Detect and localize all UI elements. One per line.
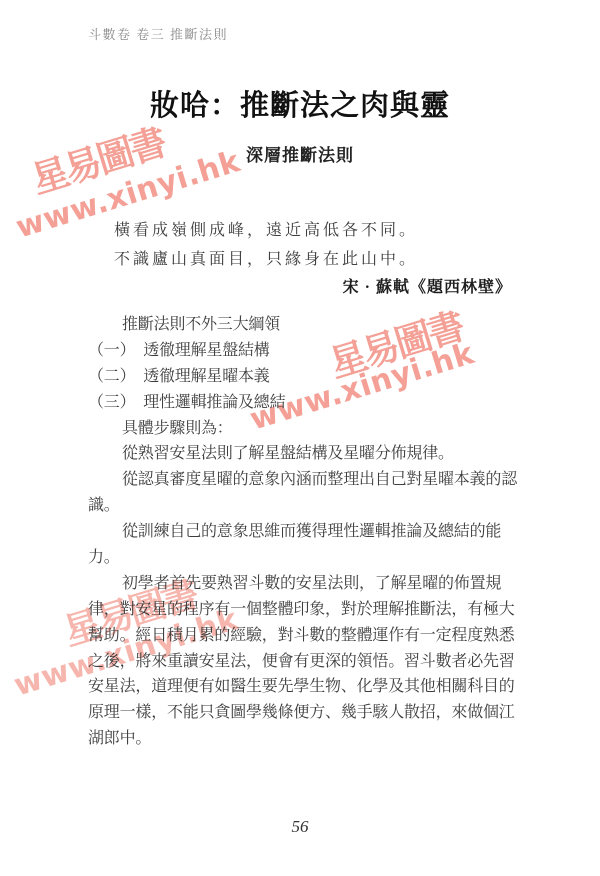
body-line: 識。 [88, 493, 518, 519]
body-line: （一） 透徹理解星盤結構 [88, 338, 518, 364]
body-text: 推斷法則不外三大綱領（一） 透徹理解星盤結構（二） 透徹理解星曜本義（三） 理性… [88, 312, 518, 752]
body-line: 律，對安星的程序有一個整體印象，對於理解推斷法，有極大 [88, 597, 518, 623]
page-number: 56 [0, 817, 600, 837]
body-line: 從訓練自己的意象思維而獲得理性邏輯推論及總結的能 [88, 519, 518, 545]
body-line: 力。 [88, 545, 518, 571]
poem-quote: 橫看成嶺側成峰，遠近高低各不同。 不識廬山真面目，只緣身在此山中。 [114, 216, 418, 274]
poem-attribution: 宋 · 蘇軾《題西林壁》 [0, 274, 512, 297]
body-line: 推斷法則不外三大綱領 [88, 312, 518, 338]
body-line: 原理一樣，不能只貪圖學幾條便方、幾手駭人散招，來做個江 [88, 700, 518, 726]
body-line: （三） 理性邏輯推論及總結 [88, 390, 518, 416]
body-line: （二） 透徹理解星曜本義 [88, 364, 518, 390]
book-page: 星易圖書 www.xinyi.hk 星易圖書 www.xinyi.hk 星易圖書… [0, 0, 600, 876]
body-line: 安星法，道理便有如醫生要先學生物、化學及其他相關科目的 [88, 674, 518, 700]
chapter-subtitle: 深層推斷法則 [0, 141, 600, 166]
chapter-title: 妝哈：推斷法之肉與靈 [0, 83, 600, 124]
poem-line: 橫看成嶺側成峰，遠近高低各不同。 [114, 216, 418, 245]
body-line: 初學者首先要熟習斗數的安星法則，了解星曜的佈置規 [88, 571, 518, 597]
body-line: 湖郎中。 [88, 726, 518, 752]
poem-line: 不識廬山真面目，只緣身在此山中。 [114, 245, 418, 274]
body-line: 之後，將來重讀安星法，便會有更深的領悟。習斗數者必先習 [88, 649, 518, 675]
body-line: 幫助。經日積月累的經驗，對斗數的整體運作有一定程度熟悉 [88, 623, 518, 649]
body-line: 具體步驟則為： [88, 416, 518, 442]
body-line: 從認真審度星曜的意象內涵而整理出自己對星曜本義的認 [88, 467, 518, 493]
body-line: 從熟習安星法則了解星盤結構及星曜分佈規律。 [88, 441, 518, 467]
running-header: 斗數卷 卷三 推斷法則 [88, 24, 228, 43]
page-content: 斗數卷 卷三 推斷法則 妝哈：推斷法之肉與靈 深層推斷法則 橫看成嶺側成峰，遠近… [0, 0, 600, 876]
